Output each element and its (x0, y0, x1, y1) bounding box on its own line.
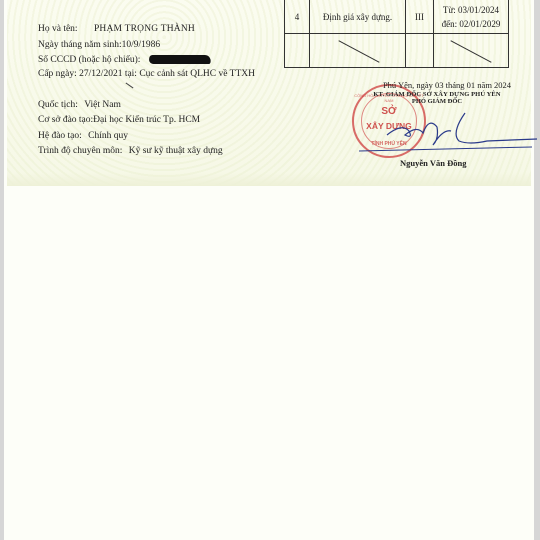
qualification-label: Trình độ chuyên môn: (38, 146, 122, 156)
program-value: Chính quy (88, 131, 128, 141)
validity-to: đến: 02/01/2029 (434, 17, 508, 31)
name-row: Họ và tên: PHẠM TRỌNG THÀNH (38, 24, 195, 34)
signer-title-2: PHÓ GIÁM ĐỐC (347, 98, 527, 105)
table-row: 4 Định giá xây dựng. III Từ: 03/01/2024 … (285, 0, 509, 34)
name-label: Họ và tên: (38, 24, 78, 34)
signature-block: Phú Yên, ngày 03 tháng 01 năm 2024 KT. G… (347, 80, 527, 105)
certification-table: 4 Định giá xây dựng. III Từ: 03/01/2024 … (284, 0, 509, 68)
nationality-value: Việt Nam (84, 100, 121, 110)
id-redaction (148, 55, 212, 64)
cell-validity: Từ: 03/01/2024 đến: 02/01/2029 (434, 0, 509, 34)
id-label: Số CCCD (hoặc hộ chiếu): (38, 55, 140, 65)
program-label: Hệ đào tạo: (38, 131, 82, 141)
signer-title-1: KT. GIÁM ĐỐC SỞ XÂY DỰNG PHÚ YÊN (347, 91, 527, 98)
cross-out-line (450, 40, 491, 62)
cell-crossed (434, 34, 509, 68)
place-date: Phú Yên, ngày 03 tháng 01 năm 2024 (367, 80, 527, 90)
cross-out-line (338, 40, 379, 62)
cell-no: 4 (285, 0, 310, 34)
cell-field: Định giá xây dựng. (310, 0, 406, 34)
issue-row: Cấp ngày: 27/12/2021 tại: Cục cảnh sát Q… (38, 69, 255, 79)
stray-mark (126, 83, 134, 89)
issue-text: Cấp ngày: 27/12/2021 tại: Cục cảnh sát Q… (38, 69, 255, 79)
school-row: Cơ sở đào tạo:Đại học Kiến trúc Tp. HCM (38, 115, 200, 125)
dob-label: Ngày tháng năm sinh: (38, 40, 122, 50)
dob-value: 10/9/1986 (122, 40, 161, 50)
school-value: Đại học Kiến trúc Tp. HCM (93, 115, 200, 125)
cell-empty (406, 34, 434, 68)
cell-grade: III (406, 0, 434, 34)
nationality-label: Quốc tịch: (38, 100, 78, 110)
nationality-row: Quốc tịch: Việt Nam (38, 100, 121, 110)
certificate-scan: Họ và tên: PHẠM TRỌNG THÀNH Ngày tháng n… (7, 0, 531, 186)
dob-row: Ngày tháng năm sinh:10/9/1986 (38, 40, 160, 50)
qualification-row: Trình độ chuyên môn: Kỹ sư kỹ thuật xây … (38, 146, 223, 156)
handwritten-signature-icon (347, 105, 537, 160)
cell-crossed (310, 34, 406, 68)
qualification-value: Kỹ sư kỹ thuật xây dựng (129, 146, 223, 156)
name-value: PHẠM TRỌNG THÀNH (94, 24, 195, 34)
document-page: Họ và tên: PHẠM TRỌNG THÀNH Ngày tháng n… (4, 0, 534, 540)
validity-from: Từ: 03/01/2024 (434, 3, 508, 17)
signer-name: Nguyễn Văn Đồng (400, 158, 466, 168)
cell-empty (285, 34, 310, 68)
id-row: Số CCCD (hoặc hộ chiếu): (38, 55, 211, 65)
program-row: Hệ đào tạo: Chính quy (38, 131, 128, 141)
table-row (285, 34, 509, 68)
school-label: Cơ sở đào tạo: (38, 115, 93, 125)
